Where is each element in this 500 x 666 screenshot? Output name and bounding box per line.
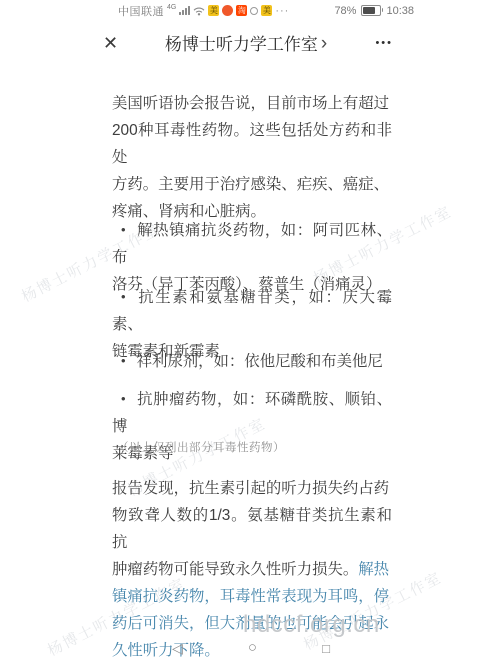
- battery-percent-label: 78%: [334, 5, 356, 17]
- page-title[interactable]: 杨博士听力学工作室›: [129, 30, 363, 56]
- bullet-text: 祥利尿剂，如：依他尼酸和布美他尼: [137, 353, 383, 370]
- carrier-label: 中国联通: [118, 3, 164, 19]
- account-name-label: 杨博士听力学工作室: [165, 35, 318, 54]
- paragraph-intro: 美国听语协会报告说，目前市场上有超过 200种耳毒性药物。这些包括处方药和非处 …: [112, 90, 392, 225]
- title-bar: ✕ 杨博士听力学工作室› •••: [103, 30, 393, 56]
- ring-app-notification-icon: [250, 7, 258, 15]
- android-nav-bar: ◁ ○ □: [172, 638, 330, 658]
- site-url-watermark: hdccf.org.cn: [243, 611, 380, 639]
- network-type-label: 4G: [167, 4, 176, 11]
- orange-app-notification-icon: [222, 5, 233, 16]
- bullet-text: 解热镇痛抗炎药物，如：阿司匹林、布 洛芬（异丁苯丙酸）、蔡普生（消痛灵）: [112, 222, 392, 293]
- bullet-icon: •: [121, 353, 126, 368]
- bullet-icon: •: [121, 391, 126, 406]
- battery-icon: [361, 5, 381, 16]
- wifi-icon: [193, 6, 205, 16]
- bullet-item-diuretics: •祥利尿剂，如：依他尼酸和布美他尼: [112, 348, 392, 375]
- more-notifications-ellipsis: ···: [275, 5, 289, 17]
- clock-label: 10:38: [386, 5, 414, 17]
- signal-strength-icon: [179, 6, 190, 15]
- findings-text: 报告发现，抗生素引起的听力损失约占药 物致聋人数的1/3。氨基糖苷类抗生素和抗 …: [112, 480, 392, 578]
- phone-screen: 中国联通4G 美 淘 美 ··· 78% 10:38 ✕ 杨博士听力学工作室› …: [0, 0, 500, 666]
- bullet-icon: •: [121, 222, 126, 237]
- nav-home-icon[interactable]: ○: [248, 639, 257, 656]
- status-bar-right: 78% 10:38: [334, 5, 414, 17]
- note-partial-list: （以上仅列出部分耳毒性药物）: [112, 440, 392, 456]
- nav-back-icon[interactable]: ◁: [172, 640, 183, 657]
- more-menu-icon[interactable]: •••: [363, 30, 393, 56]
- meituan-notification-icon: 美: [208, 5, 219, 16]
- status-bar: 中国联通4G 美 淘 美 ··· 78% 10:38: [118, 3, 414, 18]
- chevron-right-icon: ›: [321, 33, 327, 54]
- status-bar-left: 中国联通4G 美 淘 美 ···: [118, 3, 289, 19]
- meituan-notification-icon-2: 美: [261, 5, 272, 16]
- nav-recents-icon[interactable]: □: [322, 641, 330, 656]
- close-icon[interactable]: ✕: [103, 30, 129, 56]
- bullet-icon: •: [121, 289, 126, 304]
- taobao-notification-icon: 淘: [236, 5, 247, 16]
